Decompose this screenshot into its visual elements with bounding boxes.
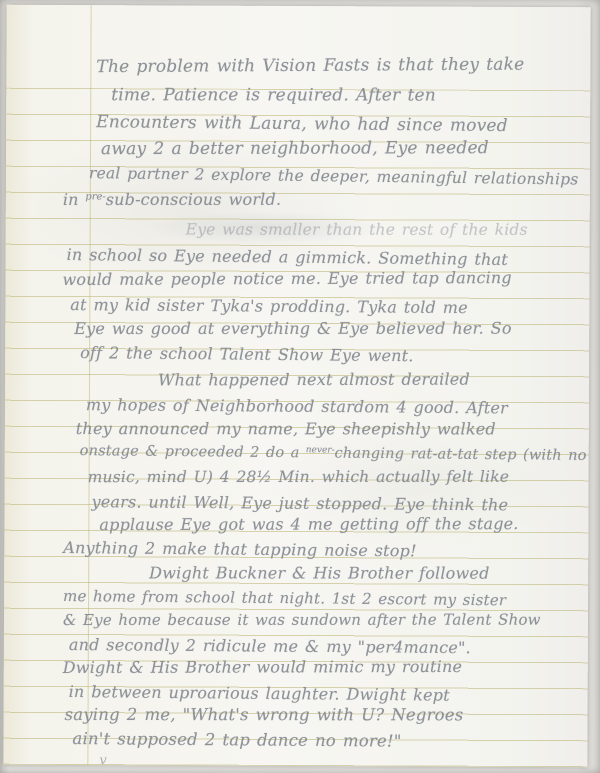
handwriting-text: off 2 the school Talent Show Eye went. bbox=[80, 343, 414, 365]
handwriting-text: me home from school that night. 1st 2 es… bbox=[63, 587, 506, 609]
handwriting-text: years. until Well, Eye just stopped. Eye… bbox=[91, 492, 508, 514]
handwritten-line: applause Eye got was 4 me getting off th… bbox=[99, 514, 518, 534]
handwritten-line: music, mind U) 4 28½ Min. which actually… bbox=[88, 468, 510, 486]
inserted-word: pre- bbox=[85, 191, 105, 202]
handwriting-text: ain't supposed 2 tap dance no more!" bbox=[72, 729, 401, 751]
handwritten-line: What happened next almost derailed bbox=[158, 370, 470, 390]
inserted-word: never- bbox=[306, 445, 335, 455]
handwritten-line: years. until Well, Eye just stopped. Eye… bbox=[91, 492, 508, 514]
stray-pencil-mark: v bbox=[99, 753, 106, 768]
handwriting-text: would make people notice me. Eye tried t… bbox=[62, 268, 511, 289]
handwriting-text: music, mind U) 4 28½ Min. which actually… bbox=[88, 468, 510, 486]
scanned-page: The problem with Vision Fasts is that th… bbox=[0, 0, 600, 773]
handwriting-text: Dwight Buckner & His Brother followed bbox=[149, 563, 489, 582]
handwritten-line: me home from school that night. 1st 2 es… bbox=[63, 587, 506, 609]
handwriting-text: in bbox=[63, 190, 86, 209]
handwritten-line: Eye was smaller than the rest of the kid… bbox=[186, 221, 528, 239]
handwriting-text: What happened next almost derailed bbox=[158, 370, 470, 390]
handwritten-line: off 2 the school Talent Show Eye went. bbox=[80, 343, 414, 365]
handwritten-line: they announced my name, Eye sheepishly w… bbox=[76, 419, 496, 438]
handwriting-text: and secondly 2 ridicule me & my "per4man… bbox=[69, 635, 471, 657]
handwritten-line: and secondly 2 ridicule me & my "per4man… bbox=[69, 635, 471, 657]
handwritten-line: in school so Eye needed a gimmick. Somet… bbox=[66, 245, 508, 269]
handwriting-text: away 2 a better neighborhood, Eye needed bbox=[101, 138, 489, 159]
handwritten-line: Eye was good at everything & Eye believe… bbox=[74, 319, 511, 338]
handwriting-text: time. Patience is required. After ten bbox=[111, 85, 436, 105]
notebook-paper: The problem with Vision Fasts is that th… bbox=[3, 5, 590, 768]
handwriting-text: applause Eye got was 4 me getting off th… bbox=[99, 514, 518, 534]
handwritten-line: away 2 a better neighborhood, Eye needed bbox=[101, 138, 489, 159]
handwriting-text: real partner 2 explore the deeper, meani… bbox=[89, 164, 579, 188]
handwriting-text: in between uproarious laughter. Dwight k… bbox=[69, 682, 450, 705]
handwritten-line: The problem with Vision Fasts is that th… bbox=[96, 55, 524, 78]
handwritten-line: at my kid sister Tyka's prodding. Tyka t… bbox=[70, 295, 468, 317]
handwritten-line: & Eye home because it was sundown after … bbox=[63, 611, 541, 629]
handwriting-block: The problem with Vision Fasts is that th… bbox=[3, 5, 590, 768]
handwritten-line: Anything 2 make that tapping noise stop! bbox=[63, 538, 417, 560]
handwritten-line: in between uproarious laughter. Dwight k… bbox=[69, 682, 450, 705]
handwriting-text: & Eye home because it was sundown after … bbox=[63, 611, 541, 629]
handwritten-line: in pre-sub-conscious world. bbox=[63, 190, 281, 209]
handwriting-text: changing rat-at-tat step (with no bbox=[335, 445, 587, 463]
handwriting-text: they announced my name, Eye sheepishly w… bbox=[76, 419, 496, 438]
handwriting-text: Eye was smaller than the rest of the kid… bbox=[186, 221, 528, 239]
handwriting-text: my hopes of Neighborhood stardom 4 good.… bbox=[86, 395, 508, 417]
handwritten-line: Encounters with Laura, who had since mov… bbox=[96, 112, 508, 136]
handwritten-line: saying 2 me, "What's wrong with U? Negro… bbox=[65, 705, 464, 724]
handwriting-text: onstage & proceeded 2 do a bbox=[80, 443, 306, 461]
handwritten-line: ain't supposed 2 tap dance no more!" bbox=[72, 729, 401, 751]
handwriting-text: at my kid sister Tyka's prodding. Tyka t… bbox=[70, 295, 468, 317]
handwritten-line: onstage & proceeded 2 do a never-changin… bbox=[80, 443, 587, 464]
handwritten-line: real partner 2 explore the deeper, meani… bbox=[89, 164, 579, 188]
handwritten-line: my hopes of Neighborhood stardom 4 good.… bbox=[86, 395, 508, 417]
handwritten-line: time. Patience is required. After ten bbox=[111, 85, 436, 105]
handwritten-line: Dwight & His Brother would mimic my rout… bbox=[63, 657, 462, 677]
handwriting-text: Encounters with Laura, who had since mov… bbox=[96, 112, 508, 136]
handwriting-text: Anything 2 make that tapping noise stop! bbox=[63, 538, 417, 560]
handwriting-text: Eye was good at everything & Eye believe… bbox=[74, 319, 511, 338]
handwritten-line: would make people notice me. Eye tried t… bbox=[62, 268, 511, 289]
handwriting-text: saying 2 me, "What's wrong with U? Negro… bbox=[65, 705, 464, 724]
handwriting-text: The problem with Vision Fasts is that th… bbox=[96, 55, 524, 78]
handwriting-text: in school so Eye needed a gimmick. Somet… bbox=[66, 245, 508, 269]
handwriting-text: Dwight & His Brother would mimic my rout… bbox=[63, 657, 462, 677]
handwriting-text: sub-conscious world. bbox=[106, 190, 282, 209]
handwritten-line: Dwight Buckner & His Brother followed bbox=[149, 563, 489, 582]
